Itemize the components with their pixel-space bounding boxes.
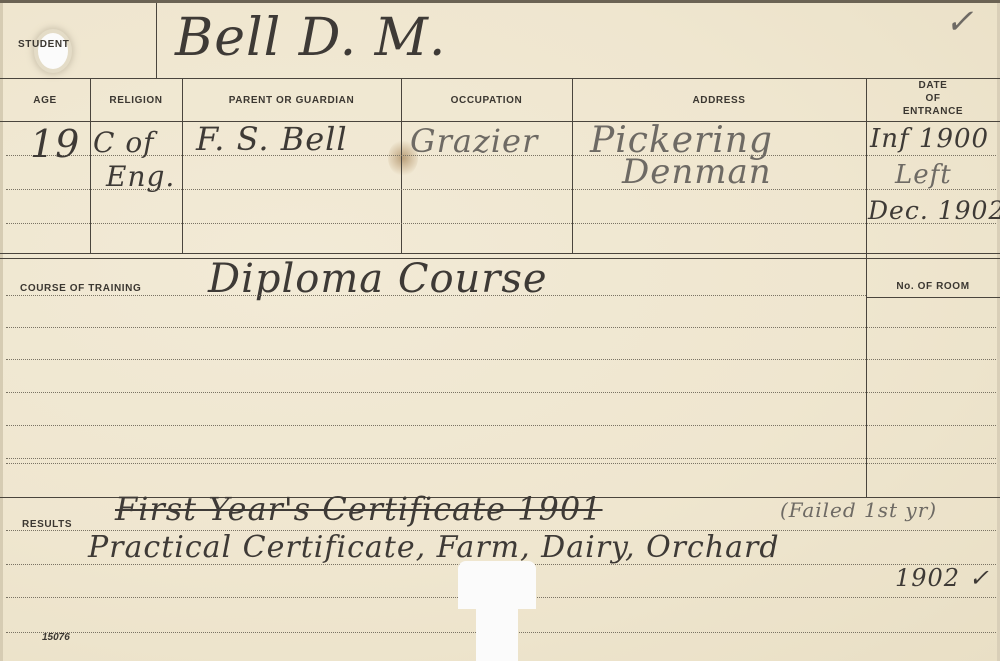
dotted-rule bbox=[6, 425, 996, 426]
results-struck-entry: First Year's Certificate 1901 bbox=[115, 490, 603, 528]
student-record-card: STUDENT Bell D. M. ✓ AGE RELIGION PARENT… bbox=[0, 0, 1000, 661]
dotted-rule bbox=[6, 223, 996, 224]
dotted-rule bbox=[6, 392, 996, 393]
dotted-rule bbox=[6, 359, 996, 360]
label-religion: RELIGION bbox=[90, 94, 182, 107]
label-room: No. OF ROOM bbox=[866, 280, 1000, 293]
label-parent: PARENT OR GUARDIAN bbox=[182, 94, 401, 107]
results-entry: Practical Certificate, Farm, Dairy, Orch… bbox=[88, 530, 780, 565]
label-entrance: ENTRANCE bbox=[866, 105, 1000, 118]
rule bbox=[0, 78, 1000, 79]
form-number: 15076 bbox=[42, 632, 70, 643]
rule bbox=[0, 253, 1000, 254]
dotted-rule bbox=[6, 327, 996, 328]
check-mark: ✓ bbox=[945, 2, 975, 42]
address-value-2: Denman bbox=[622, 152, 772, 192]
label-date-entrance: DATE OF ENTRANCE bbox=[866, 79, 1000, 118]
results-note: (Failed 1st yr) bbox=[780, 498, 937, 522]
label-student: STUDENT bbox=[18, 38, 88, 51]
divider bbox=[156, 3, 157, 78]
student-name: Bell D. M. bbox=[175, 8, 446, 68]
dotted-rule bbox=[6, 295, 866, 296]
label-address: ADDRESS bbox=[572, 94, 866, 107]
parent-value: F. S. Bell bbox=[196, 120, 348, 158]
card-notch-slot bbox=[476, 600, 518, 661]
dotted-rule bbox=[6, 458, 996, 459]
label-date: DATE bbox=[866, 79, 1000, 92]
entrance-value-2: Left bbox=[895, 160, 952, 190]
label-course: COURSE OF TRAINING bbox=[20, 282, 190, 295]
dotted-rule bbox=[6, 463, 996, 464]
label-of: OF bbox=[866, 92, 1000, 105]
results-entry-year: 1902 ✓ bbox=[895, 564, 990, 592]
occupation-value: Grazier bbox=[410, 122, 538, 160]
entrance-value-1: Inf 1900 bbox=[870, 124, 989, 154]
religion-value-1: C of bbox=[93, 126, 155, 159]
entrance-value-3: Dec. 1902 bbox=[868, 196, 1000, 225]
age-value: 19 bbox=[30, 122, 80, 166]
religion-value-2: Eng. bbox=[106, 160, 175, 193]
label-occupation: OCCUPATION bbox=[401, 94, 572, 107]
rule bbox=[866, 297, 1000, 298]
label-age: AGE bbox=[0, 94, 90, 107]
